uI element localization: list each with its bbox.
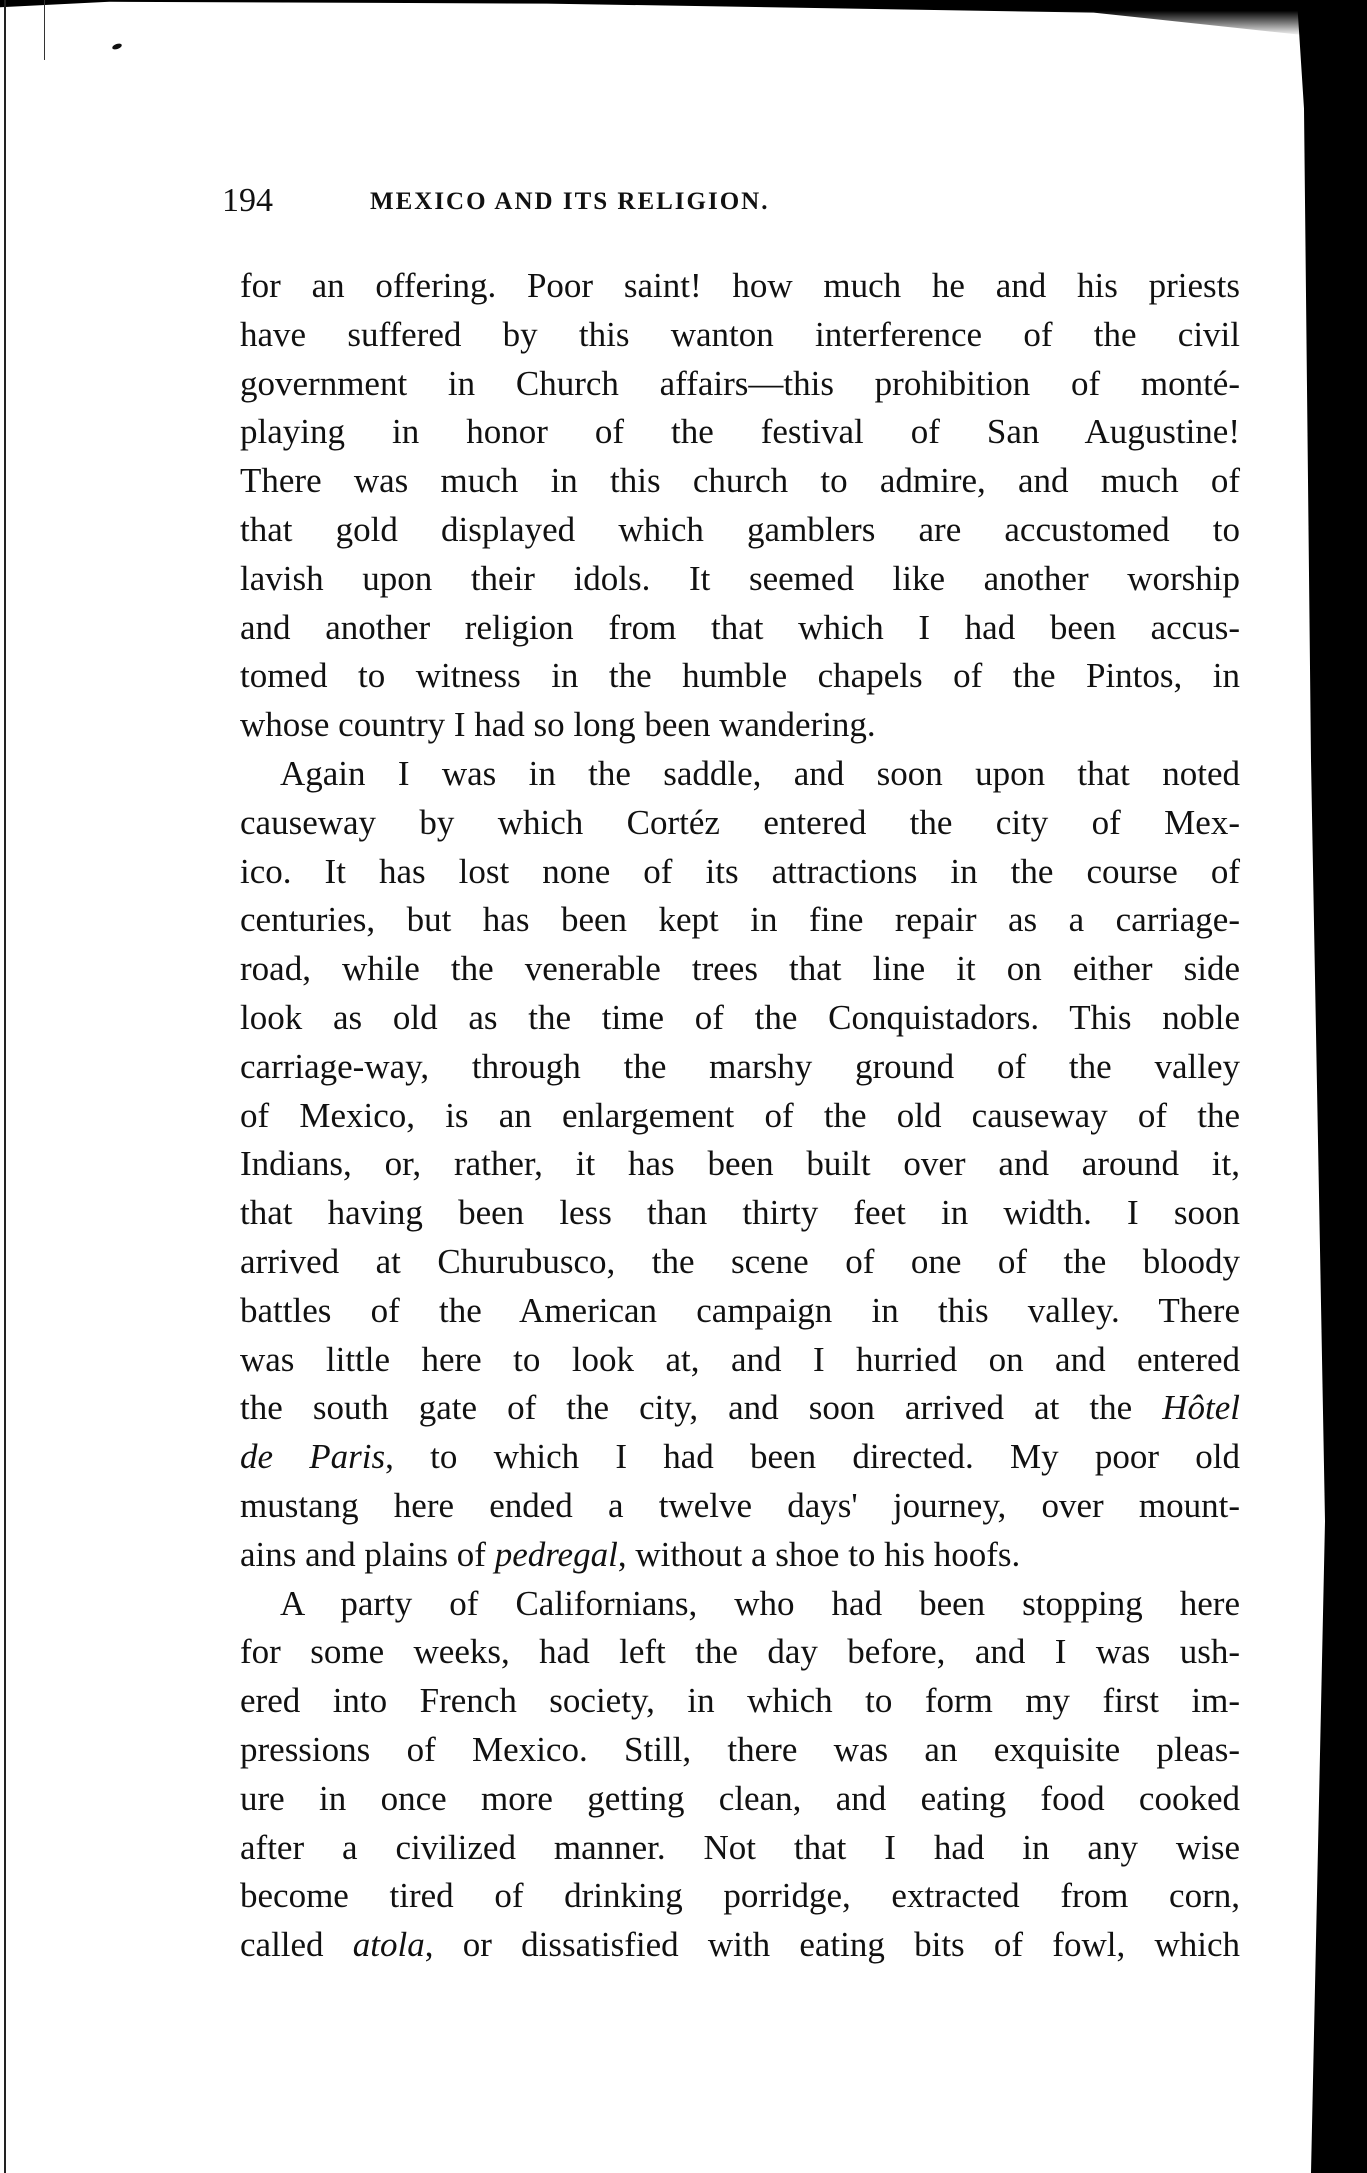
text-line: de Paris, to which I had been directed. … [240,1433,1240,1482]
text-line: for an offering. Poor saint! how much he… [240,262,1240,311]
text-line: of Mexico, is an enlargement of the old … [240,1092,1240,1141]
text-line: battles of the American campaign in this… [240,1287,1240,1336]
text-segment: the south gate of the city, and soon arr… [240,1388,1162,1427]
text-line: ure in once more getting clean, and eati… [240,1775,1240,1824]
text-line: centuries, but has been kept in fine rep… [240,896,1240,945]
text-line: ered into French society, in which to fo… [240,1677,1240,1726]
text-line: tomed to witness in the humble chapels o… [240,652,1240,701]
text-line: carriage-way, through the marshy ground … [240,1043,1240,1092]
italic-term: pedregal [495,1535,618,1574]
text-line: after a civilized manner. Not that I had… [240,1824,1240,1873]
text-line: whose country I had so long been wanderi… [240,701,1240,750]
text-segment: , or dissatisfied with eating bits of fo… [425,1925,1240,1964]
italic-term: Hôtel [1162,1388,1240,1427]
text-line: playing in honor of the festival of San … [240,408,1240,457]
text-line: causeway by which Cortéz entered the cit… [240,799,1240,848]
text-line: called atola, or dissatisfied with eatin… [240,1921,1240,1970]
text-line: and another religion from that which I h… [240,604,1240,653]
text-line: mustang here ended a twelve days' journe… [240,1482,1240,1531]
text-line: for some weeks, had left the day before,… [240,1628,1240,1677]
text-line: was little here to look at, and I hurrie… [240,1336,1240,1385]
text-line: become tired of drinking porridge, extra… [240,1872,1240,1921]
text-line: government in Church affairs—this prohib… [240,360,1240,409]
text-line: arrived at Churubusco, the scene of one … [240,1238,1240,1287]
running-title: MEXICO AND ITS RELIGION. [370,188,769,216]
italic-term: atola [353,1925,425,1964]
page-curl-corner [4,0,45,60]
text-line: lavish upon their idols. It seemed like … [240,555,1240,604]
paragraph-start-line: Again I was in the saddle, and soon upon… [240,750,1240,799]
running-header: 194 MEXICO AND ITS RELIGION. [222,182,1222,222]
text-line: that gold displayed which gamblers are a… [240,506,1240,555]
page-number: 194 [222,182,273,220]
ink-speck [111,42,122,50]
page-edge-left [4,0,6,2173]
text-line: pressions of Mexico. Still, there was an… [240,1726,1240,1775]
text-line: have suffered by this wanton interferenc… [240,311,1240,360]
text-line: look as old as the time of the Conquista… [240,994,1240,1043]
body-text: for an offering. Poor saint! how much he… [240,262,1240,1970]
text-line: that having been less than thirty feet i… [240,1189,1240,1238]
page-edge-shadow-right [1297,0,1367,2173]
text-line: Indians, or, rather, it has been built o… [240,1140,1240,1189]
text-line: There was much in this church to admire,… [240,457,1240,506]
text-segment: called [240,1925,353,1964]
text-segment: ains and plains of [240,1535,495,1574]
paragraph-start-line: A party of Californians, who had been st… [240,1580,1240,1629]
text-line: ico. It has lost none of its attractions… [240,848,1240,897]
text-line: ains and plains of pedregal, without a s… [240,1531,1240,1580]
text-segment: , without a shoe to his hoofs. [618,1535,1020,1574]
page-edge-shadow-top [0,0,1367,36]
text-segment: , to which I had been directed. My poor … [385,1437,1240,1476]
italic-term: de Paris [240,1437,385,1476]
text-line: the south gate of the city, and soon arr… [240,1384,1240,1433]
text-line: road, while the venerable trees that lin… [240,945,1240,994]
